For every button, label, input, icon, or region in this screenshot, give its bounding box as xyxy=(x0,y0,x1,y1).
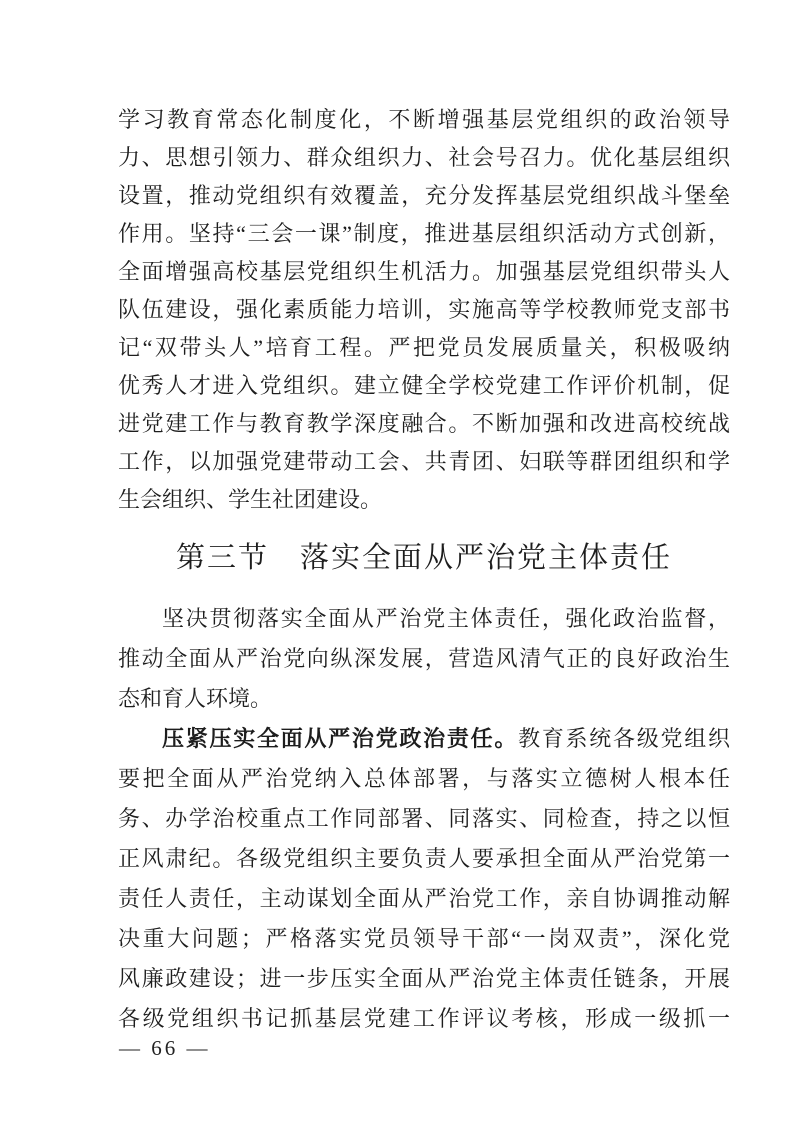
body-text-line: 风廉政建设；进一步压实全面从严治党主体责任链条，开展 xyxy=(118,959,730,999)
section-heading: 第三节 落实全面从严治党主体责任 xyxy=(118,538,730,578)
body-text-line: 决重大问题；严格落实党员领导干部“一岗双责”，深化党 xyxy=(118,919,730,959)
body-text-line: 全面增强高校基层党组织生机活力。加强基层党组织带头人 xyxy=(118,253,730,291)
body-text-line: 优秀人才进入党组织。建立健全学校党建工作评价机制，促 xyxy=(118,367,730,405)
body-text-line: 正风肃纪。各级党组织主要负责人要承担全面从严治党第一 xyxy=(118,839,730,879)
continuation-paragraph: 学习教育常态化制度化，不断增强基层党组织的政治领导 力、思想引领力、群众组织力、… xyxy=(118,101,730,519)
body-text-line: 各级党组织书记抓基层党建工作评议考核，形成一级抓一 xyxy=(118,999,730,1039)
body-text-line: 推动全面从严治党向纵深发展，营造风清气正的良好政治生 xyxy=(118,639,730,679)
body-text-line: 力、思想引领力、群众组织力、社会号召力。优化基层组织 xyxy=(118,139,730,177)
paragraph-lead-rest: 教育系统各级党组织 xyxy=(518,726,730,751)
body-text-line: 队伍建设，强化素质能力培训，实施高等学校教师党支部书 xyxy=(118,291,730,329)
paragraph-responsibility: 坚决贯彻落实全面从严治党主体责任，强化政治监督， 推动全面从严治党向纵深发展，营… xyxy=(118,599,730,719)
body-text-line: 记“双带头人”培育工程。严把党员发展质量关，积极吸纳 xyxy=(118,329,730,367)
body-text-line: 作用。坚持“三会一课”制度，推进基层组织活动方式创新， xyxy=(118,215,730,253)
document-page: 学习教育常态化制度化，不断增强基层党组织的政治领导 力、思想引领力、群众组织力、… xyxy=(0,0,793,1122)
paragraph-political: 压紧压实全面从严治党政治责任。教育系统各级党组织 要把全面从严治党纳入总体部署，… xyxy=(118,719,730,1039)
body-text-line: 要把全面从严治党纳入总体部署，与落实立德树人根本任 xyxy=(118,759,730,799)
body-text-line: 务、办学治校重点工作同部署、同落实、同检查，持之以恒 xyxy=(118,799,730,839)
body-text-line: 设置，推动党组织有效覆盖，充分发挥基层党组织战斗堡垒 xyxy=(118,177,730,215)
page-number: — 66 — xyxy=(119,1036,211,1061)
body-text-line: 责任人责任，主动谋划全面从严治党工作，亲自协调推动解 xyxy=(118,879,730,919)
body-text-line: 坚决贯彻落实全面从严治党主体责任，强化政治监督， xyxy=(118,599,730,639)
body-text-line: 学习教育常态化制度化，不断增强基层党组织的政治领导 xyxy=(118,101,730,139)
paragraph-lead-bold: 压紧压实全面从严治党政治责任。 xyxy=(162,726,518,751)
body-text-line: 压紧压实全面从严治党政治责任。教育系统各级党组织 xyxy=(118,719,730,759)
body-text-line: 工作，以加强党建带动工会、共青团、妇联等群团组织和学 xyxy=(118,443,730,481)
body-text-line: 进党建工作与教育教学深度融合。不断加强和改进高校统战 xyxy=(118,405,730,443)
text-block: 学习教育常态化制度化，不断增强基层党组织的政治领导 力、思想引领力、群众组织力、… xyxy=(118,101,730,1039)
body-text-line: 态和育人环境。 xyxy=(118,679,730,719)
body-text-line: 生会组织、学生社团建设。 xyxy=(118,481,730,519)
